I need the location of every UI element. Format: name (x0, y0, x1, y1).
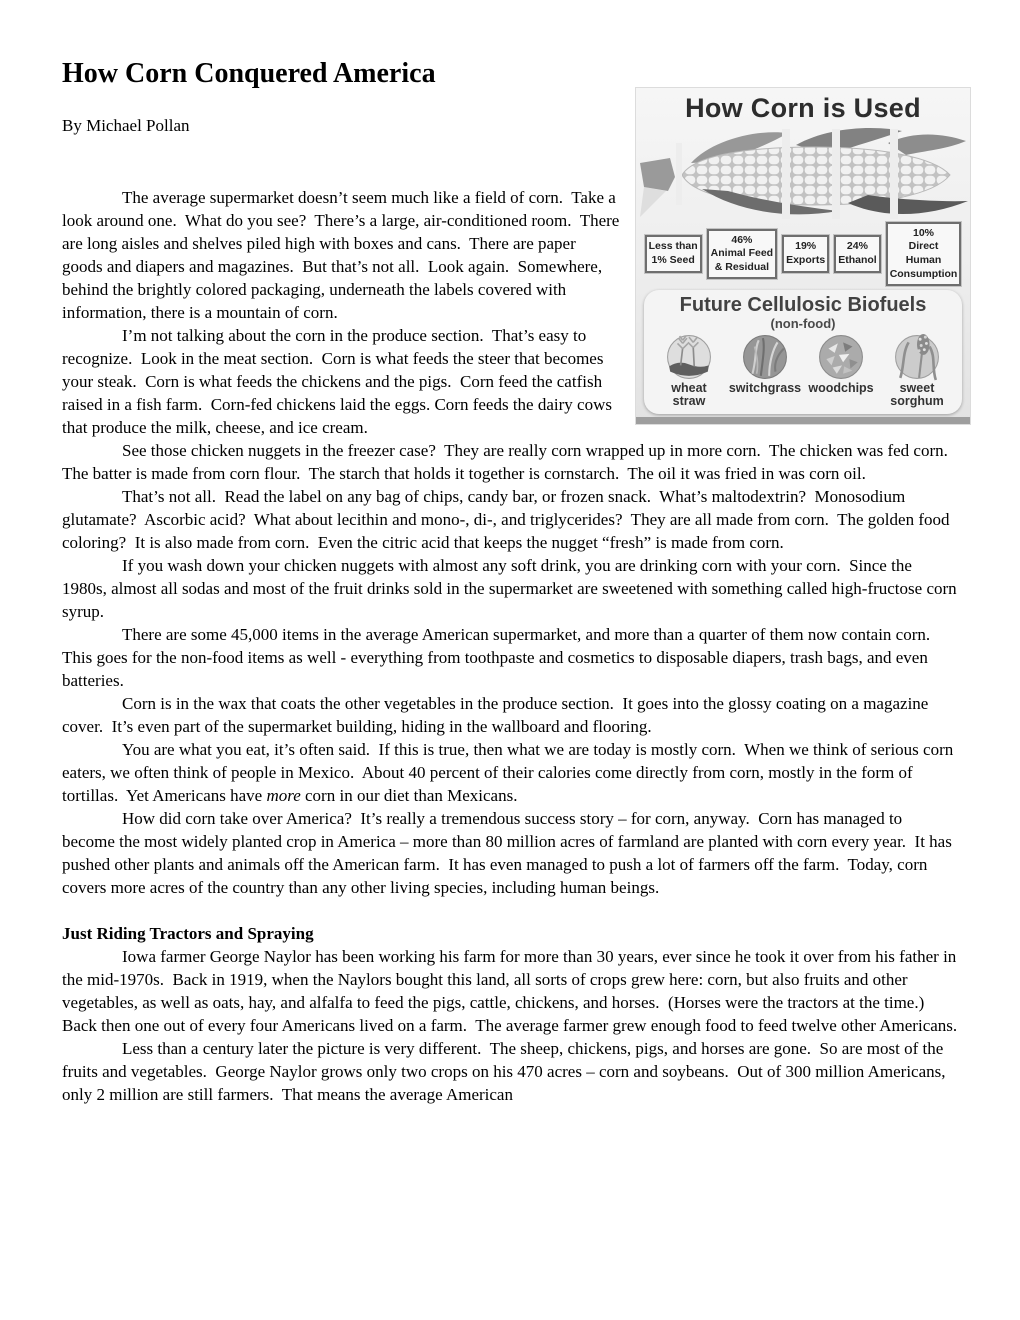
paragraph-5: If you wash down your chicken nuggets wi… (62, 554, 958, 623)
usage-box-seed: Less than 1% Seed (645, 235, 702, 272)
biofuel-item-switchgrass: switchgrass (727, 334, 803, 408)
paragraph-8: You are what you eat, it’s often said. I… (62, 738, 958, 807)
biofuel-label: woodchips (808, 382, 873, 395)
usage-box-exports: 19% Exports (782, 235, 829, 272)
sweet-sorghum-icon (894, 334, 940, 380)
paragraph-6: There are some 45,000 items in the avera… (62, 623, 958, 692)
paragraph-10: Iowa farmer George Naylor has been worki… (62, 945, 958, 1037)
biofuel-item-wheat-straw: wheat straw (651, 334, 727, 408)
paragraph-11: Less than a century later the picture is… (62, 1037, 958, 1106)
biofuel-item-woodchips: woodchips (803, 334, 879, 408)
paragraph-8-text: corn in our diet than Mexicans. (301, 786, 518, 805)
biofuels-panel: Future Cellulosic Biofuels (non-food) wh… (644, 290, 962, 414)
switchgrass-icon (742, 334, 788, 380)
section-heading: Just Riding Tractors and Spraying (62, 922, 958, 945)
biofuels-subtitle: (non-food) (649, 316, 957, 331)
infographic-title: How Corn is Used (636, 88, 970, 124)
usage-box-animal-feed: 46% Animal Feed & Residual (707, 229, 777, 280)
biofuels-title: Future Cellulosic Biofuels (649, 295, 957, 316)
biofuel-label: wheat straw (671, 382, 706, 408)
paragraph-8-emphasis: more (266, 786, 300, 805)
infographic-bottom-bar (636, 417, 970, 424)
woodchips-icon (818, 334, 864, 380)
wheat-straw-icon (666, 334, 712, 380)
usage-boxes-row: Less than 1% Seed 46% Animal Feed & Resi… (636, 221, 970, 287)
paragraph-3: See those chicken nuggets in the freezer… (62, 439, 958, 485)
biofuel-label: switchgrass (729, 382, 801, 395)
paragraph-7: Corn is in the wax that coats the other … (62, 692, 958, 738)
paragraph-9: How did corn take over America? It’s rea… (62, 807, 958, 899)
biofuel-label: sweet sorghum (890, 382, 943, 408)
usage-box-human-consumption: 10% Direct Human Consumption (886, 222, 962, 287)
document-page: How Corn is Used (0, 0, 1020, 1320)
corn-cob-illustration (636, 125, 970, 221)
corn-usage-infographic: How Corn is Used (636, 88, 970, 424)
biofuel-item-sweet-sorghum: sweet sorghum (879, 334, 955, 408)
paragraph-4: That’s not all. Read the label on any ba… (62, 485, 958, 554)
biofuels-items-row: wheat straw switchgrass (649, 331, 957, 408)
article-title: How Corn Conquered America (62, 58, 958, 90)
usage-box-ethanol: 24% Ethanol (834, 235, 881, 272)
